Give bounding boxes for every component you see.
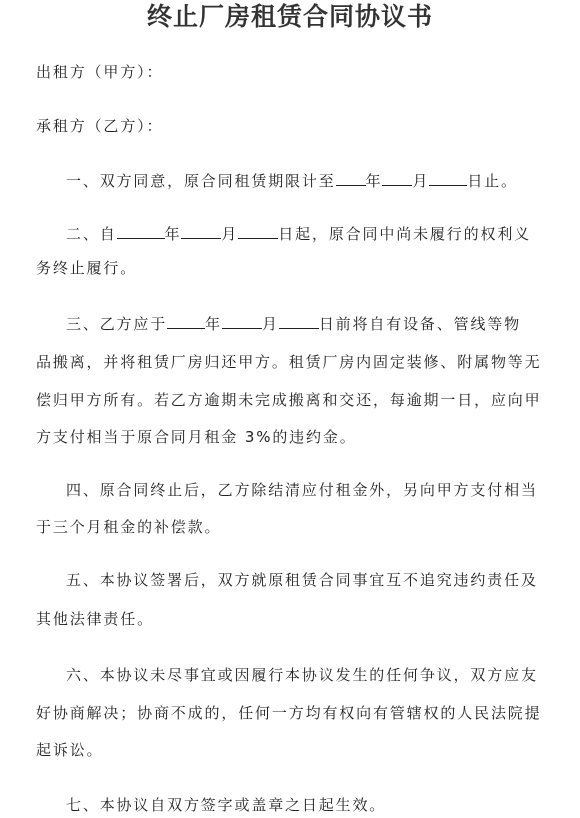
lessor-label: 出租方（甲方）： (36, 62, 546, 82)
lessee-label: 承租方（乙方）： (36, 116, 546, 136)
clause-6-line-1: 六、本协议未尽事宜或因履行本协议发生的任何争议，双方应友 (66, 665, 576, 685)
month-blank[interactable] (222, 314, 262, 329)
clause-6-line-3: 起诉讼。 (36, 740, 546, 760)
clause-2-line-1: 二、自年月日起，原合同中尚未履行的权利义 (66, 224, 576, 244)
clause-3-line-4: 方支付相当于原合同月租金 3%的违约金。 (36, 427, 546, 447)
clause-2-line-2: 务终止履行。 (36, 258, 546, 278)
month-blank[interactable] (181, 224, 221, 239)
day-blank[interactable] (429, 171, 467, 186)
clause-3-line-2: 品搬离，并将租赁厂房归还甲方。租赁厂房内固定装修、附属物等无 (36, 352, 546, 372)
clause-5-line-2: 其他法律责任。 (36, 609, 546, 629)
clause-7-line-1: 七、本协议自双方签字或盖章之日起生效。 (66, 795, 576, 815)
clause-3-line-3: 偿归甲方所有。若乙方逾期未完成搬离和交还，每逾期一日，应向甲 (36, 390, 546, 410)
day-blank[interactable] (279, 314, 319, 329)
year-blank[interactable] (167, 314, 205, 329)
clause-1-line-1: 一、双方同意，原合同租赁期限计至年月日止。 (66, 171, 576, 191)
month-blank[interactable] (382, 171, 412, 186)
clause-4-line-2: 于三个月租金的补偿款。 (36, 517, 546, 537)
year-blank[interactable] (117, 224, 165, 239)
day-blank[interactable] (238, 224, 278, 239)
clause-3-line-1: 三、乙方应于年月日前将自有设备、管线等物 (66, 314, 576, 334)
clause-6-line-2: 好协商解决；协商不成的，任何一方均有权向有管辖权的人民法院提 (36, 703, 546, 723)
clause-5-line-1: 五、本协议签署后，双方就原租赁合同事宜互不追究违约责任及 (66, 570, 576, 590)
document-title: 终止厂房租赁合同协议书 (0, 2, 580, 32)
year-blank[interactable] (336, 171, 366, 186)
clause-4-line-1: 四、原合同终止后，乙方除结清应付租金外，另向甲方支付相当 (66, 480, 576, 500)
document-page: 终止厂房租赁合同协议书 出租方（甲方）： 承租方（乙方）： 一、双方同意，原合同… (0, 0, 580, 818)
